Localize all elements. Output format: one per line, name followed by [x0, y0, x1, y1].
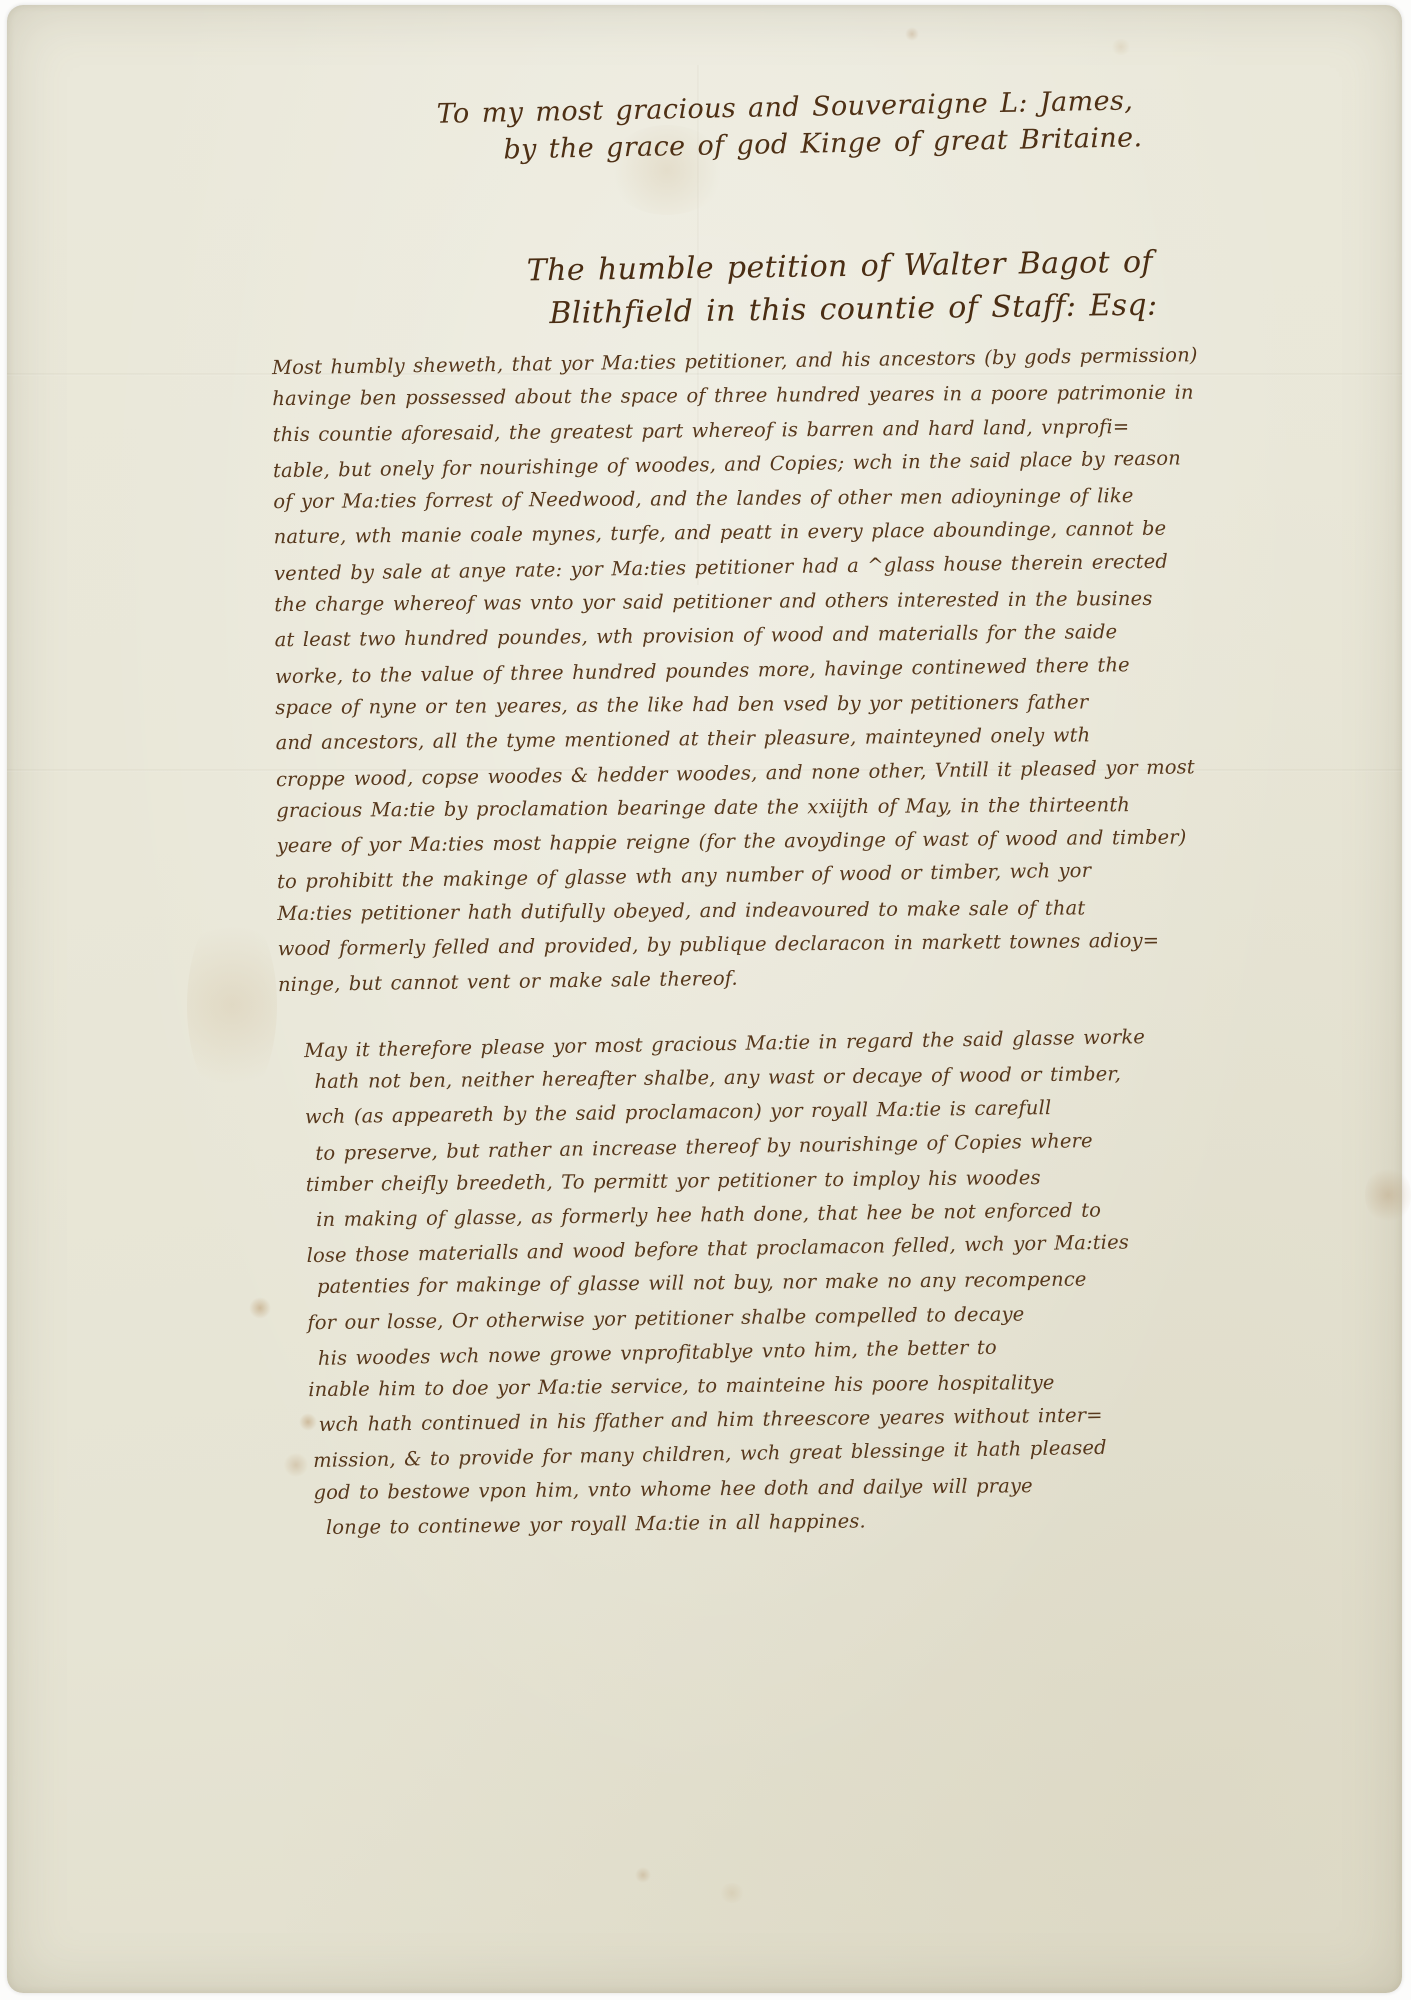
petition-body-paragraph-1: Most humbly sheweth, that yor Ma:ties pe…: [272, 341, 1158, 1001]
manuscript-line: Ma:ties petitioner hath dutifully obeyed…: [277, 891, 1157, 931]
foxing-spot: [635, 1867, 651, 1883]
foxing-spot: [719, 1883, 745, 1903]
foxing-spot: [1111, 39, 1131, 55]
foxing-spot: [905, 27, 919, 41]
petition-body-paragraph-2: May it therefore please yor most graciou…: [304, 1022, 1160, 1545]
edge-stain: [1365, 1165, 1411, 1225]
screenshot-root: { "document": { "type_label": "Manuscrip…: [0, 0, 1411, 2000]
faint-stain: [187, 905, 277, 1105]
manuscript-line: Blithfield in this countie of Staff: Esq…: [549, 284, 1158, 335]
foxing-spot: [283, 1453, 309, 1477]
manuscript-line: havinge ben possessed about the space of…: [272, 376, 1152, 416]
foxing-spot: [249, 1297, 271, 1319]
manuscript-paper-sheet: To my most gracious and Souveraigne L: J…: [7, 5, 1402, 1993]
manuscript-line: gracious Ma:tie by proclamation bearinge…: [276, 788, 1156, 828]
petition-title: The humble petition of Walter Bagot ofBl…: [526, 241, 1157, 336]
manuscript-line: the charge whereof was vnto yor said pet…: [274, 582, 1154, 622]
manuscript-line: space of nyne or ten yeares, as the like…: [275, 685, 1155, 725]
manuscript-line: of yor Ma:ties forrest of Needwood, and …: [273, 479, 1153, 519]
salutation-block: To my most gracious and Souveraigne L: J…: [436, 82, 1143, 170]
